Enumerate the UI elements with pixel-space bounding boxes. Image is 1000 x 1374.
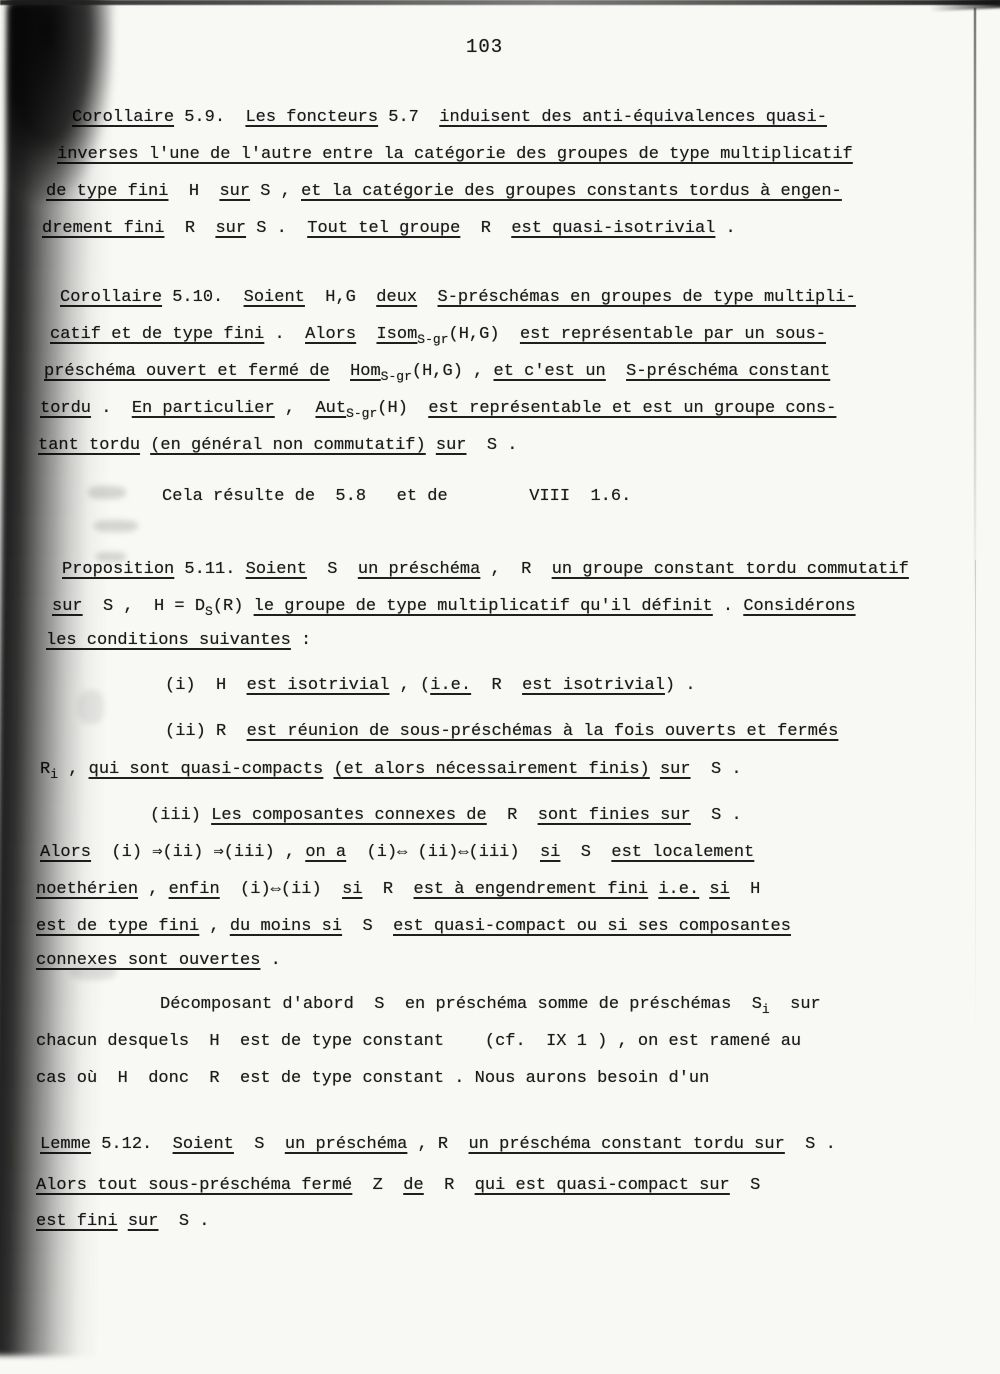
subscript-run: S-gr (381, 369, 412, 384)
text-run: (i)⇔(ii) (220, 880, 342, 899)
lemme-5-12-line: Lemme 5.12. Soient S un préschéma , R un… (40, 1133, 836, 1157)
lemme-5-12-line: Alors tout sous-préschéma fermé Z de R q… (36, 1174, 760, 1198)
text-run: sur (128, 1212, 159, 1231)
text-run: sur (52, 597, 83, 616)
text-run: , (58, 760, 89, 779)
text-run (650, 760, 660, 779)
text-run: est représentable par un sous- (520, 325, 826, 344)
text-run: S . (246, 219, 307, 238)
subscript-run: S-gr (417, 332, 448, 347)
text-run: préschéma ouvert et fermé de (44, 362, 330, 381)
text-run: qui sont quasi-compacts (89, 760, 324, 779)
text-run: 5.12. (91, 1135, 173, 1154)
subscript-run: S (205, 604, 213, 619)
text-run: sur (770, 995, 821, 1014)
text-run: (H) (377, 399, 428, 418)
document-text-layer: Corollaire 5.9. Les foncteurs 5.7 induis… (0, 0, 1000, 1374)
text-run (606, 362, 626, 381)
alors-paragraph-line: noethérien , enfin (i)⇔(ii) si R est à e… (36, 878, 760, 902)
text-run: est quasi-isotrivial (511, 219, 715, 238)
subscript-run: i (50, 767, 58, 782)
text-run: drement fini (42, 219, 164, 238)
text-run: sur (215, 219, 246, 238)
text-run: S (234, 1135, 285, 1154)
text-run: 5.7 (378, 108, 439, 127)
scanned-document-page: 103 Corollaire 5.9. Les foncteurs 5.7 in… (0, 0, 1000, 1374)
proposition-5-11-line: sur S , H = DS(R) le groupe de type mult… (52, 595, 856, 619)
text-run: Soient (246, 560, 307, 579)
text-run: , (275, 399, 316, 418)
decomposant-paragraph-line: Décomposant d'abord S en préschéma somme… (160, 993, 821, 1017)
text-run: Considérons (743, 597, 855, 616)
corollaire-5-9-line: inverses l'une de l'autre entre la catég… (57, 143, 853, 167)
text-run (426, 436, 436, 455)
alors-paragraph-line: Alors (i) ⇒(ii) ⇒(iii) , on a (i)⇔ (ii)⇔… (40, 841, 754, 865)
text-run: Corollaire (60, 288, 162, 307)
text-run: Les composantes connexes de (211, 806, 486, 825)
text-run: S . (691, 806, 742, 825)
text-run: (en général non commutatif) (150, 436, 425, 455)
decomposant-paragraph-line: cas où H donc R est de type constant . N… (36, 1067, 709, 1091)
text-run: cas où H donc R est de type constant . N… (36, 1069, 709, 1088)
text-run: 5.10. (162, 288, 244, 307)
text-run: et la catégorie des groupes constants to… (301, 182, 842, 201)
text-run: H (730, 880, 761, 899)
text-run: (i) H (165, 676, 247, 695)
text-run: (H,G) (449, 325, 520, 344)
text-run: sont finies sur (538, 806, 691, 825)
text-run: Aut (315, 399, 346, 418)
text-run: de (403, 1176, 423, 1195)
corollaire-5-10-line: tant tordu (en général non commutatif) s… (38, 434, 518, 458)
corollaire-5-10-line: préschéma ouvert et fermé de HomS-gr(H,G… (44, 360, 830, 384)
text-run: est réunion de sous-préschémas à la fois… (247, 722, 839, 741)
text-run: Décomposant d'abord S en préschéma somme… (160, 995, 762, 1014)
text-run: est à engendrement fini (414, 880, 649, 899)
text-run: et c'est un (494, 362, 606, 381)
text-run: , R (407, 1135, 468, 1154)
text-run: Z (352, 1176, 403, 1195)
text-run: R (471, 676, 522, 695)
lemme-5-12-line: est fini sur S . (36, 1210, 209, 1234)
text-run: un groupe constant tordu commutatif (552, 560, 909, 579)
remark-5-10-line: Cela résulte de 5.8 et de VIII 1.6. (162, 485, 631, 509)
text-run: le groupe de type multiplicatif qu'il dé… (254, 597, 713, 616)
text-run: . (713, 597, 744, 616)
text-run: , R (480, 560, 551, 579)
text-run: Proposition (62, 560, 174, 579)
text-run: R (424, 1176, 475, 1195)
text-run: sur (219, 182, 250, 201)
alors-paragraph-line: connexes sont ouvertes . (36, 949, 281, 973)
text-run: ) . (665, 676, 696, 695)
text-run: Alors tout sous-préschéma fermé (36, 1176, 352, 1195)
text-run: si (342, 880, 362, 899)
text-run: inverses l'une de l'autre entre la catég… (57, 145, 853, 164)
proposition-5-11-line: les conditions suivantes : (46, 629, 311, 653)
text-run (699, 880, 709, 899)
text-run: si (709, 880, 729, 899)
text-run: S (342, 917, 393, 936)
condition-iii-line: (iii) Les composantes connexes de R sont… (150, 804, 742, 828)
condition-i-line: (i) H est isotrivial , (i.e. R est isotr… (165, 674, 696, 698)
text-run: du moins si (230, 917, 342, 936)
text-run: les conditions suivantes (46, 631, 291, 650)
text-run: 5.11. (174, 560, 245, 579)
text-run: Tout tel groupe (307, 219, 460, 238)
text-run: (i)⇔ (ii)⇔(iii) (346, 843, 540, 862)
text-run: i.e. (430, 676, 471, 695)
text-run: est représentable et est un groupe cons- (428, 399, 836, 418)
text-run: Soient (244, 288, 305, 307)
text-run: est isotrivial (247, 676, 390, 695)
text-run: R (164, 219, 215, 238)
text-run: catif et de type fini (50, 325, 264, 344)
text-run: un préschéma (358, 560, 480, 579)
text-run: connexes sont ouvertes (36, 951, 260, 970)
proposition-5-11-line: Proposition 5.11. Soient S un préschéma … (62, 558, 909, 582)
text-run (323, 760, 333, 779)
text-run: est isotrivial (522, 676, 665, 695)
corollaire-5-10-line: tordu . En particulier , AutS-gr(H) est … (40, 397, 836, 421)
text-run: tordu (40, 399, 91, 418)
subscript-run: i (762, 1002, 770, 1017)
text-run: Cela résulte de 5.8 et de VIII 1.6. (162, 487, 631, 506)
text-run: Les foncteurs (245, 108, 378, 127)
text-run: . (715, 219, 735, 238)
condition-ii-line: (ii) R est réunion de sous-préschémas à … (165, 720, 838, 744)
text-run: S . (691, 760, 742, 779)
text-run: enfin (169, 880, 220, 899)
text-run: S-préschémas en groupes de type multipli… (438, 288, 856, 307)
text-run (140, 436, 150, 455)
text-run: qui est quasi-compact sur (475, 1176, 730, 1195)
text-run: 5.9. (174, 108, 245, 127)
corollaire-5-9-line: Corollaire 5.9. Les foncteurs 5.7 induis… (72, 106, 827, 130)
text-run: En particulier (132, 399, 275, 418)
text-run: (et alors nécessairement finis) (333, 760, 649, 779)
text-run: R (40, 760, 50, 779)
text-run: . (264, 325, 305, 344)
text-run: (H,G) , (412, 362, 494, 381)
text-run: Corollaire (72, 108, 174, 127)
text-run: S-préschéma constant (626, 362, 830, 381)
text-run: est localement (611, 843, 754, 862)
text-run: . (260, 951, 280, 970)
text-run: (R) (213, 597, 254, 616)
text-run: , ( (389, 676, 430, 695)
subscript-run: S-gr (346, 406, 377, 421)
corollaire-5-10-line: Corollaire 5.10. Soient H,G deux S-présc… (60, 286, 856, 310)
condition-ii-line: Ri , qui sont quasi-compacts (et alors n… (40, 758, 742, 782)
text-run: . (91, 399, 132, 418)
text-run: sur (660, 760, 691, 779)
decomposant-paragraph-line: chacun desquels H est de type constant (… (36, 1030, 801, 1054)
text-run: i.e. (658, 880, 699, 899)
text-run (330, 362, 350, 381)
text-run: H,G (305, 288, 376, 307)
text-run: Alors (40, 843, 91, 862)
text-run: (iii) (150, 806, 211, 825)
text-run: S , (250, 182, 301, 201)
text-run: un préschéma (285, 1135, 407, 1154)
text-run: S . (467, 436, 518, 455)
text-run: (ii) R (165, 722, 247, 741)
text-run (417, 288, 437, 307)
text-run: S (307, 560, 358, 579)
corollaire-5-9-line: drement fini R sur S . Tout tel groupe R… (42, 217, 736, 241)
text-run: est quasi-compact ou si ses composantes (393, 917, 791, 936)
text-run: est fini (36, 1212, 118, 1231)
text-run: induisent des anti-équivalences quasi- (439, 108, 827, 127)
alors-paragraph-line: est de type fini , du moins si S est qua… (36, 915, 791, 939)
text-run: si (540, 843, 560, 862)
text-run: S (560, 843, 611, 862)
text-run: R (460, 219, 511, 238)
text-run (118, 1212, 128, 1231)
text-run: Soient (173, 1135, 234, 1154)
text-run: R (487, 806, 538, 825)
text-run: : (291, 631, 311, 650)
text-run: H (168, 182, 219, 201)
text-run: noethérien (36, 880, 138, 899)
text-run: Lemme (40, 1135, 91, 1154)
text-run: R (362, 880, 413, 899)
text-run: deux (376, 288, 417, 307)
text-run: Hom (350, 362, 381, 381)
text-run: S (730, 1176, 761, 1195)
text-run: Alors (305, 325, 356, 344)
text-run: Isom (376, 325, 417, 344)
text-run: tant tordu (38, 436, 140, 455)
text-run: , (138, 880, 169, 899)
text-run: S . (785, 1135, 836, 1154)
text-run: est de type fini (36, 917, 199, 936)
text-run: S , H = D (83, 597, 205, 616)
text-run (648, 880, 658, 899)
text-run: un préschéma constant tordu sur (469, 1135, 785, 1154)
text-run (356, 325, 376, 344)
corollaire-5-9-line: de type fini H sur S , et la catégorie d… (46, 180, 842, 204)
text-run: sur (436, 436, 467, 455)
text-run: chacun desquels H est de type constant (… (36, 1032, 801, 1051)
text-run: S . (158, 1212, 209, 1231)
text-run: on a (305, 843, 346, 862)
corollaire-5-10-line: catif et de type fini . Alors IsomS-gr(H… (50, 323, 826, 347)
text-run: (i) ⇒(ii) ⇒(iii) , (91, 843, 305, 862)
text-run: de type fini (46, 182, 168, 201)
text-run: , (199, 917, 230, 936)
